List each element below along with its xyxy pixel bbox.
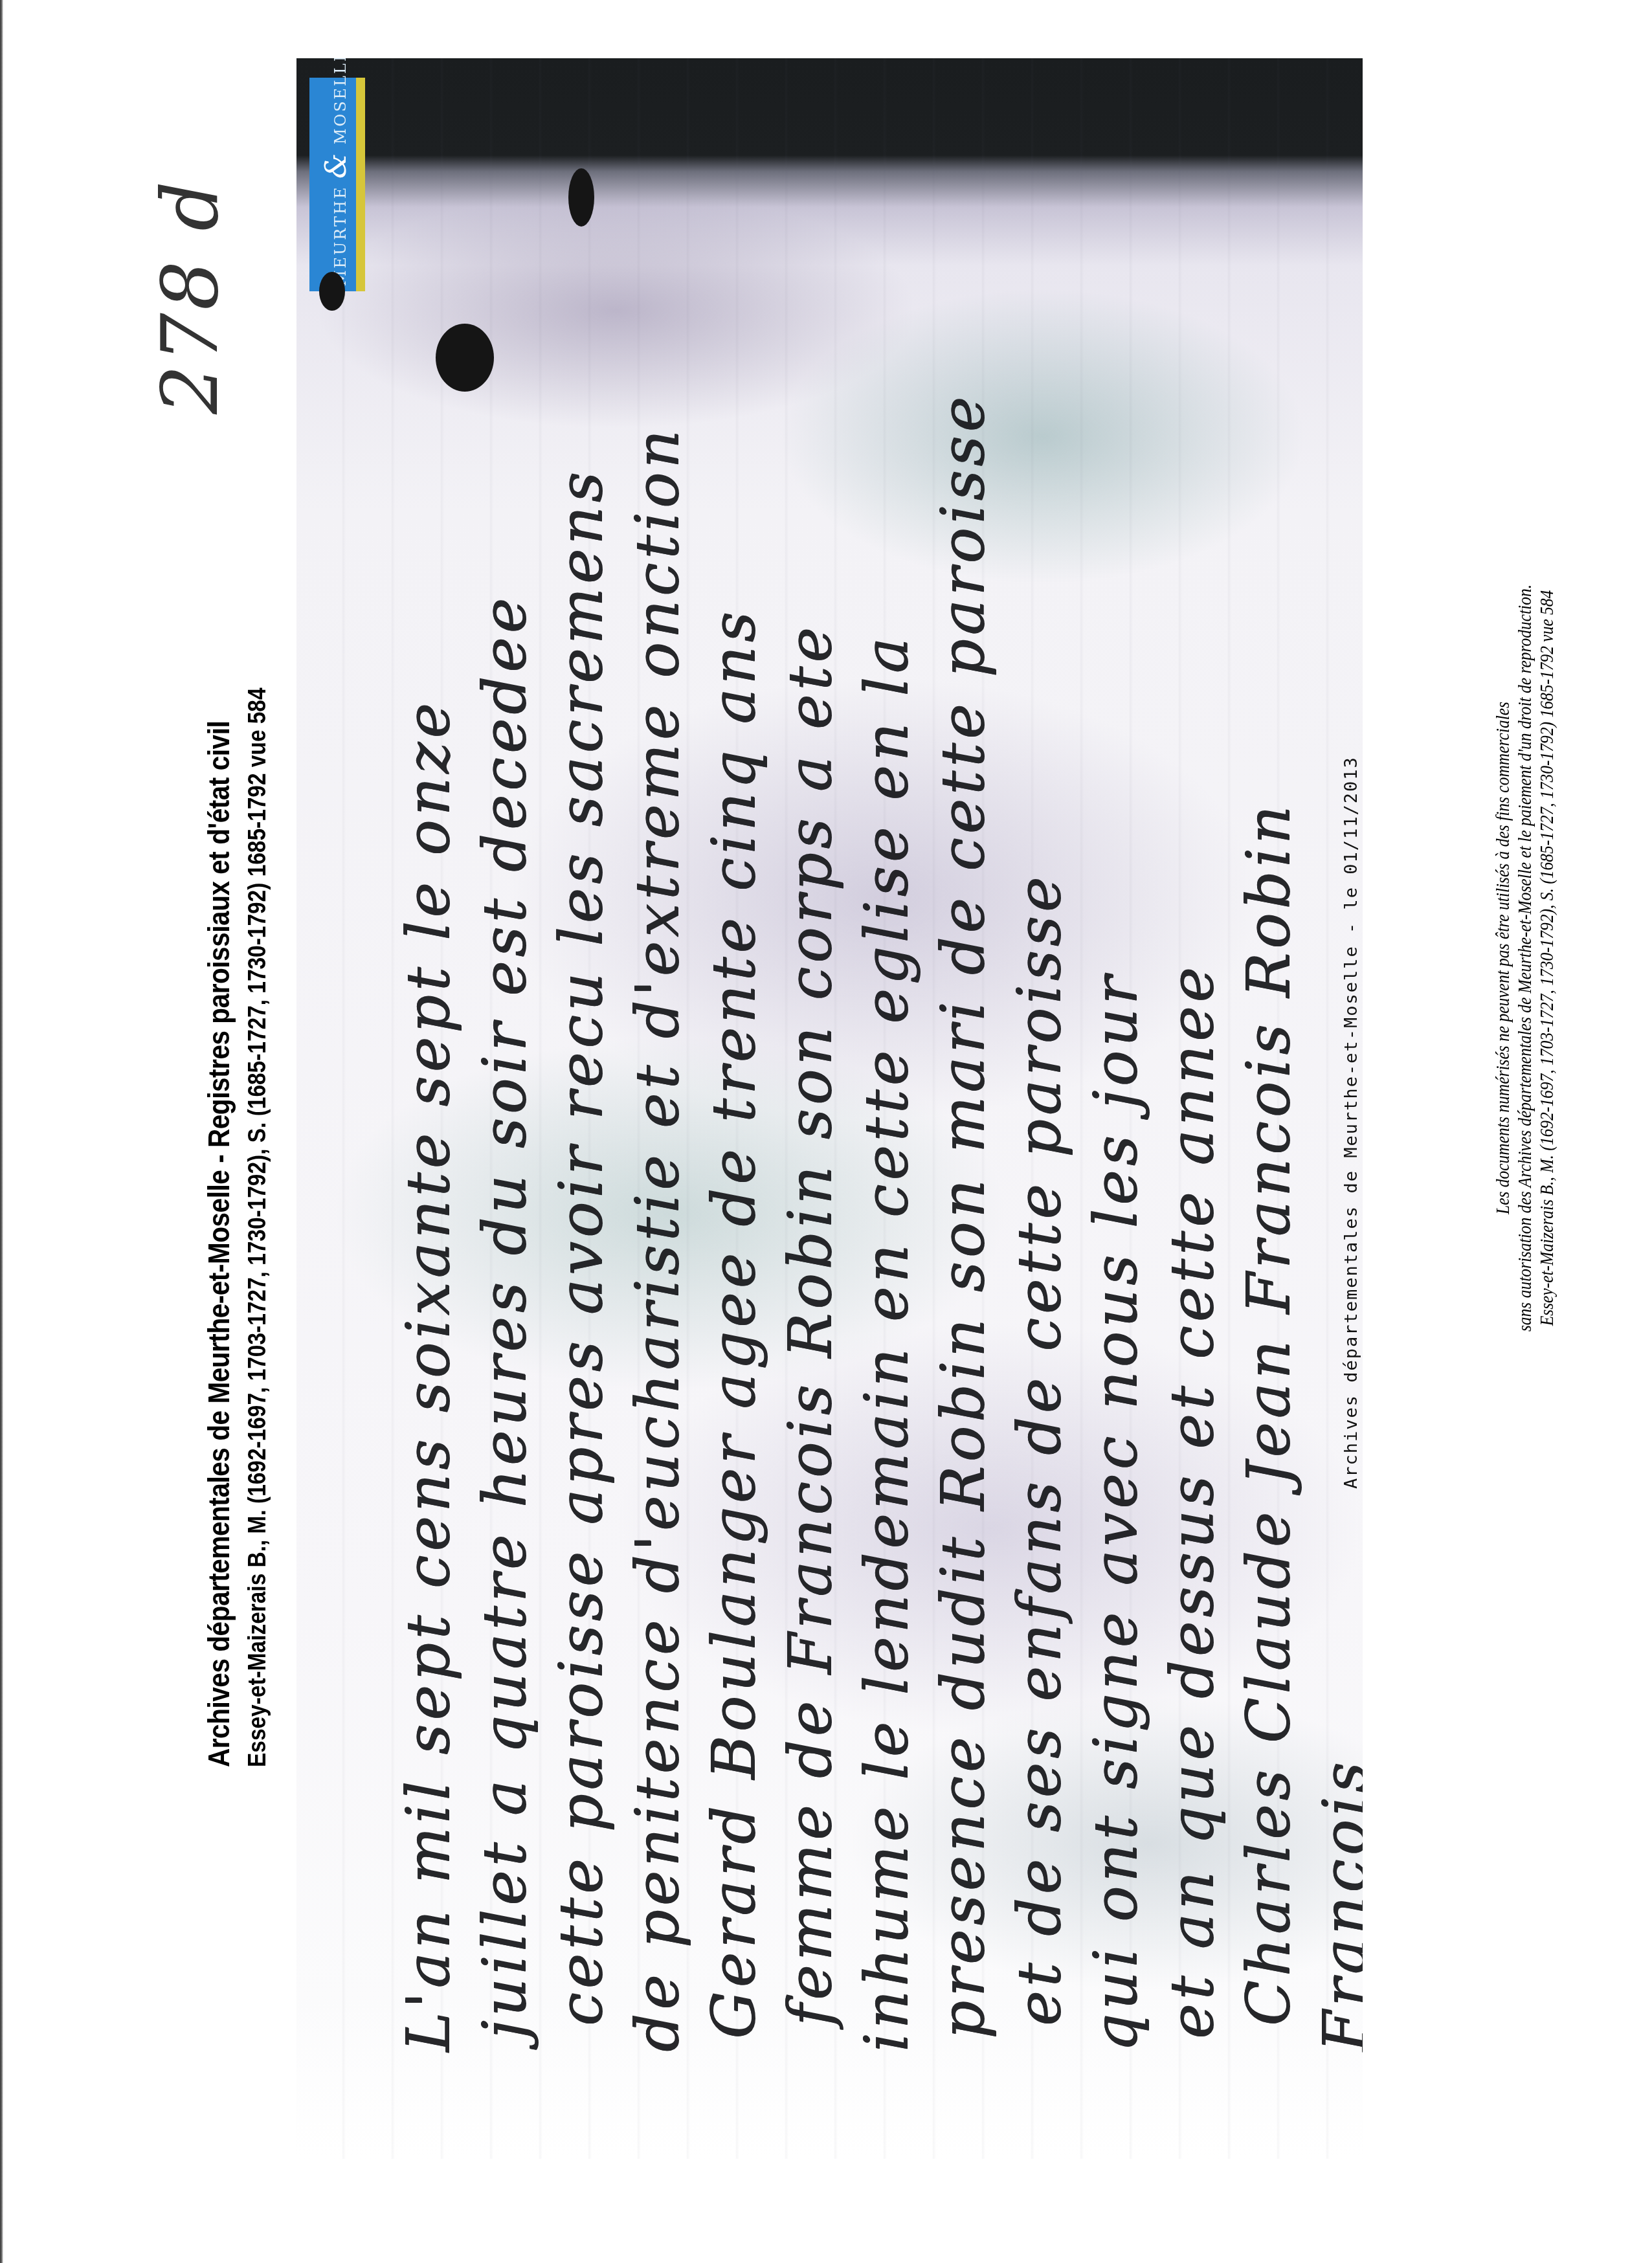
handwritten-line: qui ont signe avec nous les jour [1081, 972, 1150, 2052]
handwritten-line: Charles Claude Jean Francois Robin [1234, 802, 1303, 2026]
handwritten-line: juillet a quatre heures du soir est dece… [470, 594, 539, 2039]
handwritten-line: Gerard Boulanger agee de trente cinq ans [699, 608, 768, 2039]
disclaimer-line: Les documents numérisés ne peuvent pas ê… [1492, 518, 1514, 1398]
handwritten-annotation: 278 d [146, 179, 236, 414]
disclaimer-line: Essey-et-Maizerais B., M. (1692-1697, 17… [1536, 518, 1558, 1398]
handwritten-line: presence dudit Robin son mari de cette p… [928, 393, 998, 2039]
handwritten-line: et de ses enfans de cette paroisse [1005, 873, 1074, 2026]
handwritten-line: Francois [1310, 1759, 1363, 2052]
usage-disclaimer: Les documents numérisés ne peuvent pas ê… [1492, 440, 1558, 1476]
header-title: Archives départementales de Meurthe-et-M… [201, 571, 237, 1767]
scan-edge-line [0, 0, 3, 2263]
handwritten-line: inhume le lendemain en cette eglise en l… [852, 634, 921, 2052]
scanned-register-page: MEURTHE & MOSELLE L'an mil sept cens soi… [296, 58, 1363, 2159]
handwritten-line: cette paroisse apres avoir recu les sacr… [546, 468, 616, 2026]
handwritten-line: femme de Francois Robin son corps a ete [776, 623, 845, 2026]
document-header: Archives départementales de Meurthe-et-M… [201, 408, 273, 1767]
archive-watermark: Archives départementales de Meurthe-et-M… [1341, 756, 1361, 1489]
handwritten-line: de penitence d'eucharistie et d'extreme … [623, 427, 692, 2052]
handwritten-text: L'an mil sept cens soixante sept le onze… [296, 58, 1363, 2159]
disclaimer-line: sans autorisation des Archives départeme… [1514, 518, 1536, 1398]
handwritten-line: L'an mil sept cens soixante sept le onze [394, 699, 463, 2052]
header-subtitle: Essey-et-Maizerais B., M. (1692-1697, 17… [242, 571, 273, 1767]
handwritten-line: et an que dessus et cette annee [1157, 963, 1227, 2039]
